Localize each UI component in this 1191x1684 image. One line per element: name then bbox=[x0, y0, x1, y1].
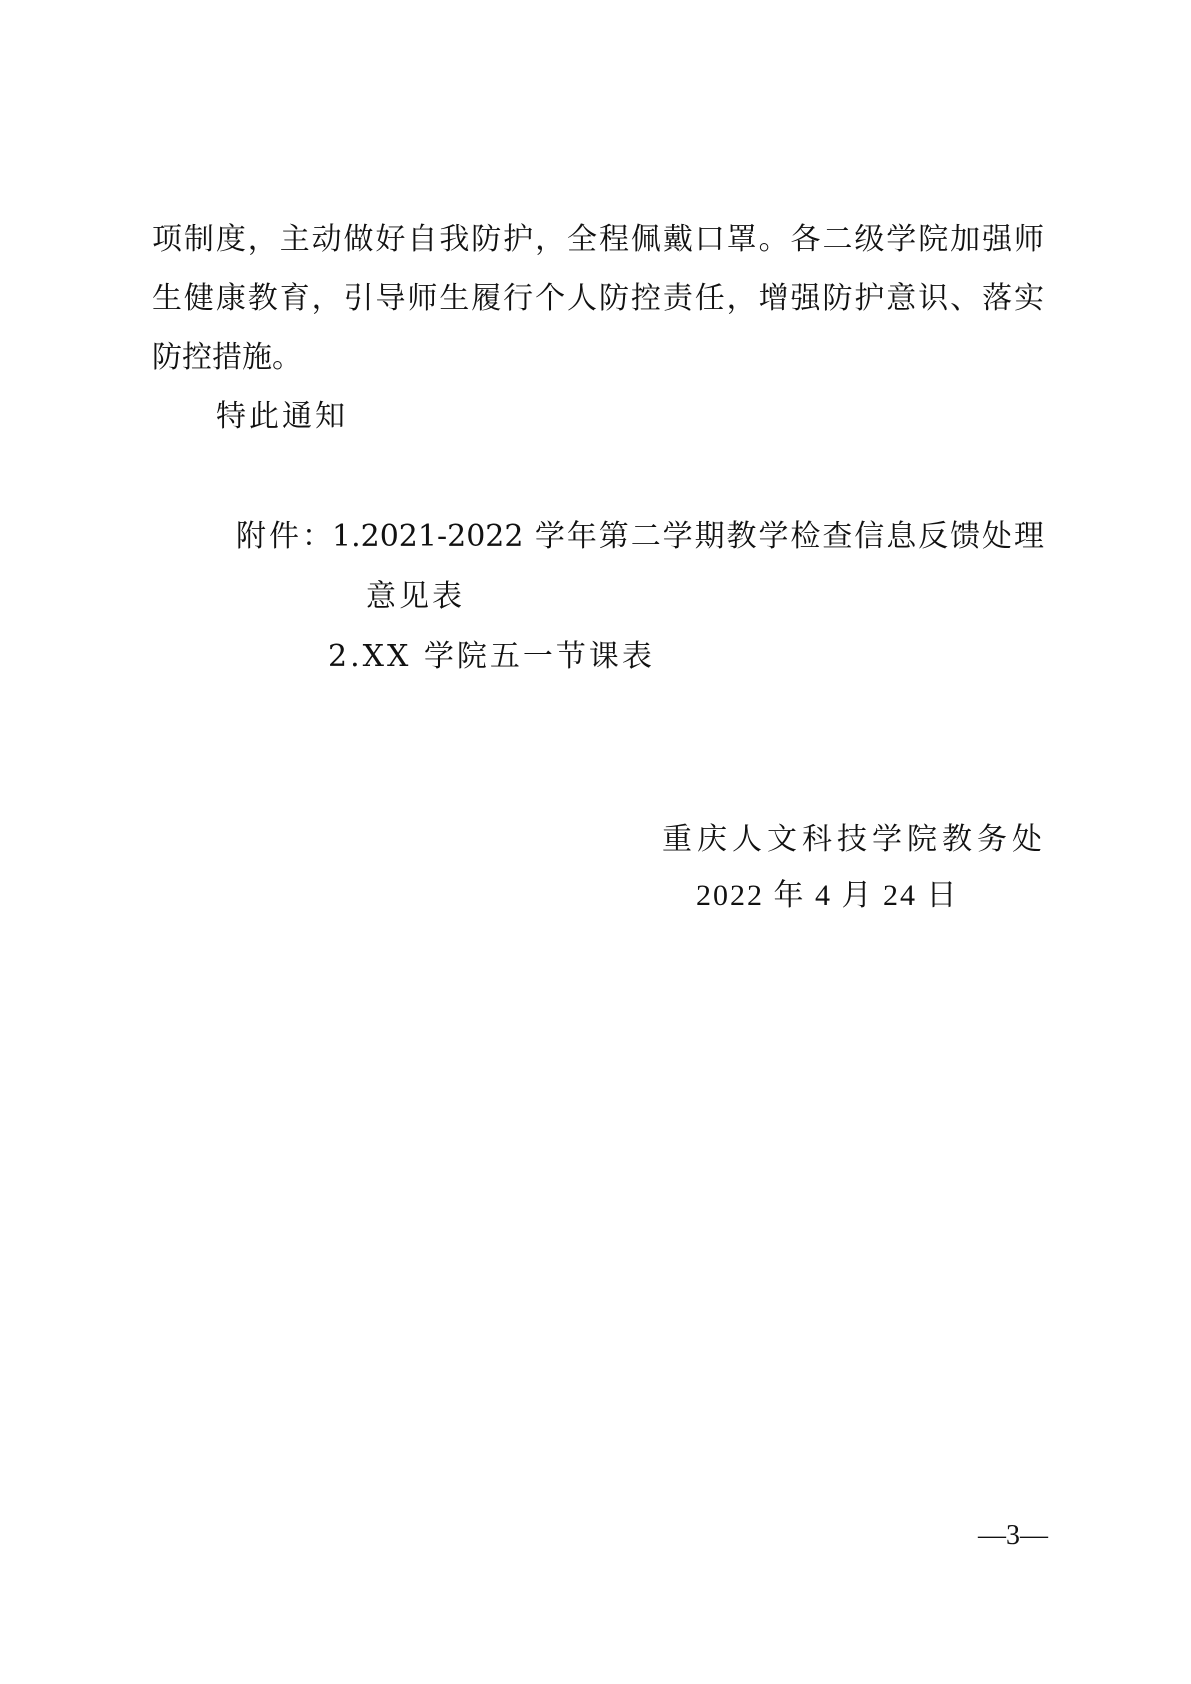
attachment-2-text: XX 学院五一节课表 bbox=[363, 639, 655, 674]
body-paragraph-line-2: 生健康教育，引导师生履行个人防控责任，增强防护意识、落实 bbox=[152, 281, 1044, 317]
closing-notice: 特此通知 bbox=[216, 399, 348, 435]
attachment-item-1: 1.2021-2022 学年第二学期教学检查信息反馈处理 bbox=[332, 519, 1044, 555]
body-paragraph-line-1: 项制度，主动做好自我防护，全程佩戴口罩。各二级学院加强师 bbox=[152, 222, 1044, 258]
attachment-1-number: 1. bbox=[332, 519, 361, 554]
document-page: 项制度，主动做好自我防护，全程佩戴口罩。各二级学院加强师 生健康教育，引导师生履… bbox=[0, 0, 1191, 1684]
attachments-label: 附件： bbox=[236, 519, 335, 555]
attachment-item-1-continuation: 意见表 bbox=[366, 579, 465, 615]
attachment-1-text: 2021-2022 学年第二学期教学检查信息反馈处理 bbox=[361, 519, 1044, 554]
signature-organization: 重庆人文科技学院教务处 bbox=[662, 822, 1047, 858]
attachment-item-2: 2.XX 学院五一节课表 bbox=[328, 639, 655, 675]
attachment-2-number: 2. bbox=[328, 639, 363, 674]
page-number: —3— bbox=[978, 1520, 1048, 1552]
signature-date: 2022 年 4 月 24 日 bbox=[696, 878, 959, 914]
body-paragraph-line-3: 防控措施。 bbox=[152, 340, 1044, 376]
